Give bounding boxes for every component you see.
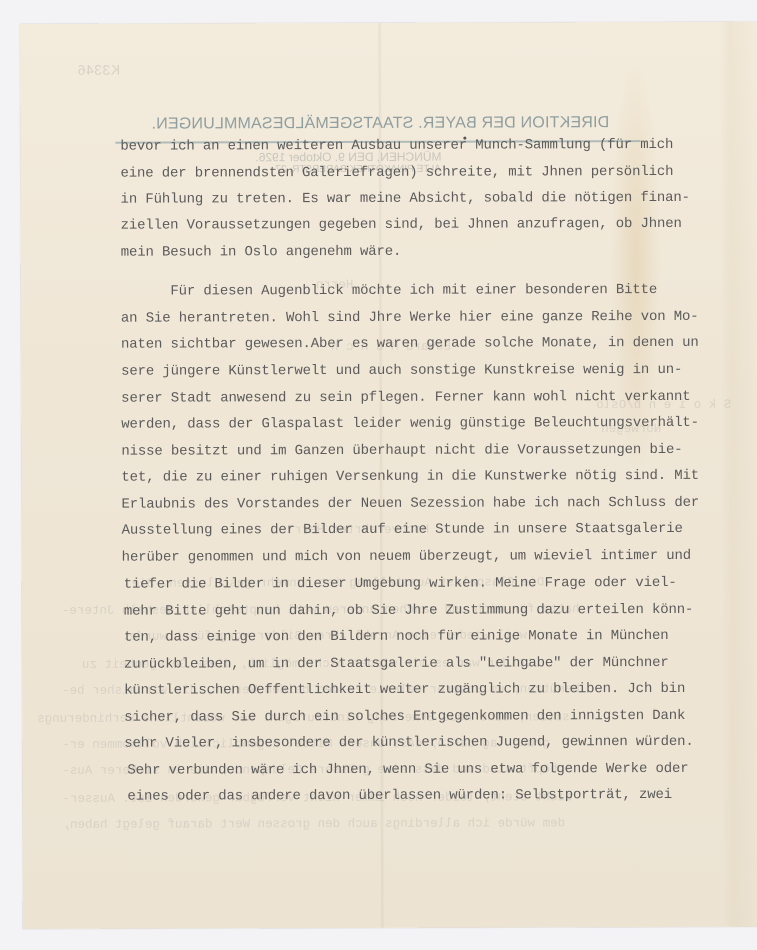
text-line: ten, dass einige von den Bildern noch fü… [124,628,669,646]
text-line: Für diesen Augenblick möchte ich mit ein… [121,282,657,300]
text-line: naten sichtbar gewesen.Aber es waren ger… [121,335,699,353]
letter-sheet: K3346 DIREKTION DER BAYER. STAATSGEMÄLDE… [20,22,757,929]
text-line: Erlaubnis des Vorstandes der Neuen Sezes… [121,495,699,513]
text-line: werden, dass der Glaspalast leider wenig… [121,415,699,433]
text-line: zurückbleiben, um in der Staatsgalerie a… [124,655,669,673]
text-line: ziellen Voraussetzungen gegeben sind, be… [121,216,682,234]
text-line: Sehr verbunden wäre ich Jhnen, wenn Sie … [127,761,688,779]
text-line: künstlerischen Oeffentlichkeit weiter zu… [124,681,685,699]
text-line: eines oder das andere davon überlassen w… [127,787,672,805]
text-line: sehr Vieler, insbesondere der künstleris… [124,734,693,752]
text-line: tet, die zu einer ruhigen Versenkung in … [121,468,699,486]
text-line: eine der brennendsten Galeriefragen) sch… [120,164,673,182]
text-line: an Sie herantreten. Wohl sind Jhre Werke… [121,309,699,327]
text-line: sicher, dass Sie durch ein solches Entge… [124,708,685,726]
letterhead: DIREKTION DER BAYER. STAATSGEMÄLDESAMMLU… [115,114,645,134]
text-line: mein Besuch in Oslo angenehm wäre. [121,244,402,261]
text-line: sere jüngere Künstlerwelt und auch sonst… [121,362,682,380]
bleed-line: dem würde ich allerdings auch den grosse… [62,816,565,832]
text-line: serer Stadt anwesend zu sein pflegen. Fe… [121,389,690,407]
text-line: nisse besitzt und im Ganzen überhaupt ni… [121,442,682,460]
text-line: mehr Bitte geht nun dahin, ob Sie Jhre Z… [124,602,693,620]
text-line: herüber genommen und mich von neuem über… [122,548,691,566]
scanned-page: K3346 DIREKTION DER BAYER. STAATSGEMÄLDE… [0,0,757,950]
letter-body: bevor ich an einen weiteren Ausbau unser… [20,22,757,24]
text-line: in Fühlung zu treten. Es war meine Absic… [121,190,690,208]
text-line: Ausstellung eines der Bilder auf eine St… [122,521,683,539]
archive-number-stamp: K3346 [77,62,120,78]
text-line: bevor ich an einen weiteren Ausbau unser… [120,137,673,155]
text-line: tiefer die Bilder in dieser Umgebung wir… [124,575,677,593]
